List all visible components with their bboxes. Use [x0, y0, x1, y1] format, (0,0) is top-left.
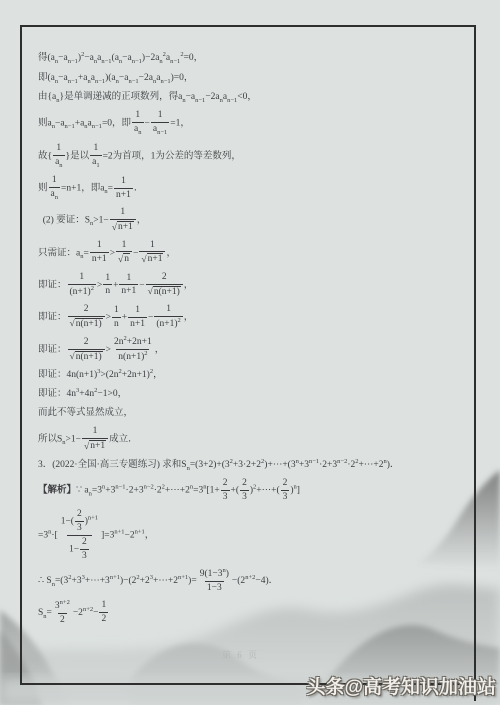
- math-line: 得(an−an−1)2−anan−1(an−an−1)−2an2an−12=0，: [38, 52, 462, 66]
- math-line: 由{an}是单调递减的正项数列，得an−an−1−2anan−1<0，: [38, 91, 462, 104]
- math-line: 【解析】∵ an=3n+3n−1·2+3n−2·22+⋯+2n=3n[1+23+…: [38, 478, 462, 503]
- math-line: 则an−an−1+anan−1=0，即1an−1an−1=1，: [38, 110, 462, 136]
- page-number: 第 6 页: [222, 648, 259, 661]
- math-line: 只需证：an=1n+1>1√n−1√n+1，: [38, 240, 462, 266]
- solution-content: 得(an−an−1)2−anan−1(an−an−1)−2an2an−12=0，…: [38, 52, 462, 632]
- math-line: 即证：4n(n+1)3>(2n2+2n+1)2，: [38, 369, 462, 382]
- math-line: Sn=3n+22−2n+2−12: [38, 600, 462, 626]
- math-line: 即证：1(n+1)2>1n+1n+1−2√n(n+1)，: [38, 272, 462, 298]
- math-line: 故{1an}是以1a1=2为首项，1为公差的等差数列，: [38, 143, 462, 169]
- math-line: 所以Sn>1−1√n+1成立．: [38, 426, 462, 452]
- math-line: 即证：2√n(n+1)>2n2+2n+1n(n+1)2，: [38, 336, 462, 363]
- math-line: 而此不等式显然成立，: [38, 407, 462, 420]
- math-line: 则1an=n+1，即an=1n+1．: [38, 175, 462, 201]
- math-line: (2) 要证：Sn>1−1√n+1，: [38, 207, 462, 233]
- math-line: 即证：2√n(n+1)>1n+1n+1−1(n+1)2，: [38, 304, 462, 330]
- page-container: 得(an−an−1)2−anan−1(an−an−1)−2an2an−12=0，…: [0, 0, 500, 705]
- math-line: 即证：4n3+4n2−1>0，: [38, 388, 462, 401]
- watermark: 头条@高考知识加油站: [306, 672, 496, 699]
- math-line: =3n·[1−(23)n+11−23]=3n+1−2n+1，: [38, 509, 462, 562]
- math-line: ∴ Sn=(32+33+⋯+3n+1)−(22+23+⋯+2n+1)=9(1−3…: [38, 568, 462, 594]
- math-line: 即(an−an−1+anan−1)(an−an−1−2anan−1)=0，: [38, 72, 462, 85]
- math-line: 3．(2022·全国·高三专题练习) 求和Sn=(3+2)+(32+3·2+22…: [38, 459, 462, 473]
